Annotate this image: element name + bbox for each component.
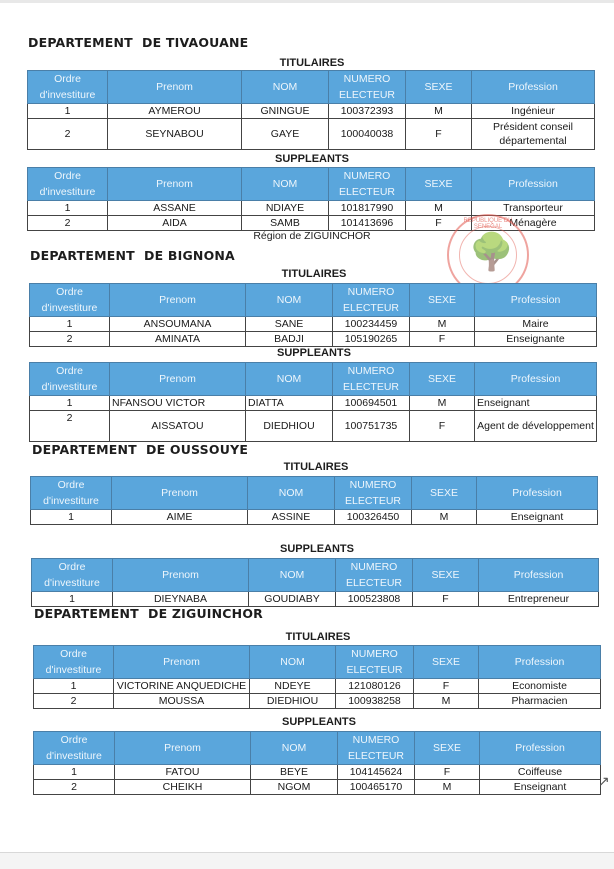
column-header-numero: NUMERO ELECTEUR — [336, 646, 414, 679]
column-header-profession: Profession — [472, 168, 595, 201]
column-header-numero: NUMERO ELECTEUR — [329, 168, 406, 201]
column-header-numero: NUMERO ELECTEUR — [333, 284, 410, 317]
cell-numero: 121080126 — [336, 679, 414, 694]
cell-ordre: 2 — [30, 411, 110, 442]
column-header-ordre: Ordre d'investiture — [30, 284, 110, 317]
cell-sexe: F — [415, 765, 480, 780]
suppleants-table-oussouye: Ordre d'investiture Prenom NOM NUMERO EL… — [31, 558, 599, 607]
titulaires-table-ziguinchor: Ordre d'investiture Prenom NOM NUMERO EL… — [33, 645, 601, 709]
table-row: 1 VICTORINE ANQUEDICHE NDEYE 121080126 F… — [34, 679, 601, 694]
cell-sexe: F — [414, 679, 479, 694]
table-row: 1 NFANSOU VICTOR DIATTA 100694501 M Ense… — [30, 396, 597, 411]
cell-nom: SAMB — [242, 216, 329, 231]
table-row: 2 AMINATA BADJI 105190265 F Enseignante — [30, 332, 597, 347]
column-header-numero: NUMERO ELECTEUR — [338, 732, 415, 765]
table-row: 1 AYMEROU GNINGUE 100372393 M Ingénieur — [28, 104, 595, 119]
column-header-numero: NUMERO ELECTEUR — [335, 477, 412, 510]
cell-numero: 100465170 — [338, 780, 415, 795]
cell-numero: 105190265 — [333, 332, 410, 347]
cell-sexe: M — [406, 104, 472, 119]
titulaires-label-ziguinchor: TITULAIRES — [243, 631, 393, 643]
table-row: 2 AISSATOU DIEDHIOU 100751735 F Agent de… — [30, 411, 597, 442]
cell-numero: 100372393 — [329, 104, 406, 119]
cell-nom: ASSINE — [248, 510, 335, 525]
column-header-prenom: Prenom — [108, 168, 242, 201]
column-header-ordre: Ordre d'investiture — [28, 71, 108, 104]
table-row: 1 ANSOUMANA SANE 100234459 M Maire — [30, 317, 597, 332]
column-header-profession: Profession — [479, 559, 599, 592]
cell-prenom: MOUSSA — [114, 694, 250, 709]
cell-numero: 100938258 — [336, 694, 414, 709]
cell-prenom: ANSOUMANA — [110, 317, 246, 332]
cell-numero: 100751735 — [333, 411, 410, 442]
cell-profession: Coiffeuse — [480, 765, 601, 780]
cell-sexe: M — [414, 694, 479, 709]
cell-ordre: 1 — [32, 592, 113, 607]
cell-ordre: 1 — [31, 510, 112, 525]
table-row: 2 MOUSSA DIEDHIOU 100938258 M Pharmacien — [34, 694, 601, 709]
cell-ordre: 2 — [30, 332, 110, 347]
cell-numero: 100234459 — [333, 317, 410, 332]
cell-sexe: M — [406, 201, 472, 216]
table-row: 1 DIEYNABA GOUDIABY 100523808 F Entrepre… — [32, 592, 599, 607]
table-header-row: Ordre d'investiture Prenom NOM NUMERO EL… — [32, 559, 599, 592]
table-header-row: Ordre d'investiture Prenom NOM NUMERO EL… — [31, 477, 598, 510]
column-header-profession: Profession — [480, 732, 601, 765]
column-header-prenom: Prenom — [112, 477, 248, 510]
cell-profession: Ingénieur — [472, 104, 595, 119]
column-header-numero: NUMERO ELECTEUR — [329, 71, 406, 104]
suppleants-label-ziguinchor: SUPPLEANTS — [244, 716, 394, 728]
cell-ordre: 1 — [34, 765, 115, 780]
cell-sexe: M — [412, 510, 477, 525]
titulaires-table-tivaouane: Ordre d'investiture Prenom NOM NUMERO EL… — [27, 70, 595, 150]
titulaires-label-tivaouane: TITULAIRES — [237, 57, 387, 69]
cell-numero: 100694501 — [333, 396, 410, 411]
cell-sexe: M — [410, 317, 475, 332]
cell-prenom: AISSATOU — [110, 411, 246, 442]
suppleants-table-ziguinchor: Ordre d'investiture Prenom NOM NUMERO EL… — [33, 731, 601, 795]
titulaires-table-oussouye: Ordre d'investiture Prenom NOM NUMERO EL… — [30, 476, 598, 525]
cell-sexe: F — [410, 332, 475, 347]
column-header-ordre: Ordre d'investiture — [32, 559, 113, 592]
department-title-bignona: DEPARTEMENT DE BIGNONA — [30, 248, 235, 263]
table-header-row: Ordre d'investiture Prenom NOM NUMERO EL… — [34, 646, 601, 679]
cell-prenom: DIEYNABA — [113, 592, 249, 607]
column-header-prenom: Prenom — [113, 559, 249, 592]
cell-prenom: AMINATA — [110, 332, 246, 347]
cell-sexe: F — [413, 592, 479, 607]
titulaires-table-bignona: Ordre d'investiture Prenom NOM NUMERO EL… — [29, 283, 597, 347]
suppleants-label-tivaouane: SUPPLEANTS — [237, 153, 387, 165]
cell-numero: 100040038 — [329, 119, 406, 150]
initials-mark-icon: ↗ — [598, 773, 610, 790]
cell-numero: 104145624 — [338, 765, 415, 780]
cell-nom: NGOM — [251, 780, 338, 795]
cell-profession: Enseignant — [477, 510, 598, 525]
table-row: 2 SEYNABOU GAYE 100040038 F Président co… — [28, 119, 595, 150]
cell-nom: BEYE — [251, 765, 338, 780]
cell-profession: Pharmacien — [479, 694, 601, 709]
column-header-nom: NOM — [249, 559, 336, 592]
cell-ordre: 1 — [28, 104, 108, 119]
table-header-row: Ordre d'investiture Prenom NOM NUMERO EL… — [30, 284, 597, 317]
baobab-tree-icon: 🌳 — [469, 232, 514, 272]
column-header-ordre: Ordre d'investiture — [30, 363, 110, 396]
column-header-sexe: SEXE — [410, 284, 475, 317]
cell-numero: 100326450 — [335, 510, 412, 525]
cell-nom: NDIAYE — [242, 201, 329, 216]
cell-nom: BADJI — [246, 332, 333, 347]
column-header-profession: Profession — [479, 646, 601, 679]
column-header-numero: NUMERO ELECTEUR — [333, 363, 410, 396]
cell-ordre: 1 — [34, 679, 114, 694]
cell-prenom: AYMEROU — [108, 104, 242, 119]
cell-sexe: F — [406, 119, 472, 150]
cell-sexe: F — [410, 411, 475, 442]
suppleants-table-bignona: Ordre d'investiture Prenom NOM NUMERO EL… — [29, 362, 597, 442]
column-header-ordre: Ordre d'investiture — [34, 732, 115, 765]
column-header-profession: Profession — [475, 363, 597, 396]
department-title-ziguinchor: DEPARTEMENT DE ZIGUINCHOR — [34, 606, 263, 621]
cell-ordre: 2 — [28, 119, 108, 150]
cell-profession: Economiste — [479, 679, 601, 694]
cell-prenom: FATOU — [115, 765, 251, 780]
cell-prenom: AIME — [112, 510, 248, 525]
table-row: 1 FATOU BEYE 104145624 F Coiffeuse — [34, 765, 601, 780]
cell-nom: SANE — [246, 317, 333, 332]
cell-profession: Entrepreneur — [479, 592, 599, 607]
cell-prenom: AIDA — [108, 216, 242, 231]
cell-nom: GAYE — [242, 119, 329, 150]
table-header-row: Ordre d'investiture Prenom NOM NUMERO EL… — [30, 363, 597, 396]
cell-nom: NDEYE — [250, 679, 336, 694]
table-header-row: Ordre d'investiture Prenom NOM NUMERO EL… — [28, 168, 595, 201]
column-header-prenom: Prenom — [114, 646, 250, 679]
department-title-oussouye: DEPARTEMENT DE OUSSOUYE — [32, 442, 248, 457]
column-header-prenom: Prenom — [110, 363, 246, 396]
column-header-nom: NOM — [248, 477, 335, 510]
cell-numero: 101413696 — [329, 216, 406, 231]
column-header-sexe: SEXE — [406, 168, 472, 201]
page-bottom-edge — [0, 852, 614, 869]
cell-ordre: 1 — [30, 396, 110, 411]
cell-profession: Président conseil départemental — [472, 119, 595, 150]
column-header-sexe: SEXE — [414, 646, 479, 679]
column-header-sexe: SEXE — [415, 732, 480, 765]
cell-nom: GNINGUE — [242, 104, 329, 119]
column-header-nom: NOM — [246, 284, 333, 317]
titulaires-label-bignona: TITULAIRES — [239, 268, 389, 280]
table-row: 1 ASSANE NDIAYE 101817990 M Transporteur — [28, 201, 595, 216]
cell-sexe: M — [410, 396, 475, 411]
cell-prenom: SEYNABOU — [108, 119, 242, 150]
cell-prenom: NFANSOU VICTOR — [110, 396, 246, 411]
cell-profession: Enseignant — [475, 396, 597, 411]
cell-numero: 100523808 — [336, 592, 413, 607]
table-header-row: Ordre d'investiture Prenom NOM NUMERO EL… — [34, 732, 601, 765]
table-row: 1 AIME ASSINE 100326450 M Enseignant — [31, 510, 598, 525]
cell-profession: Maire — [475, 317, 597, 332]
cell-ordre: 1 — [28, 201, 108, 216]
column-header-nom: NOM — [250, 646, 336, 679]
cell-profession: Enseignante — [475, 332, 597, 347]
column-header-profession: Profession — [472, 71, 595, 104]
column-header-nom: NOM — [242, 71, 329, 104]
suppleants-label-bignona: SUPPLEANTS — [239, 347, 389, 359]
page-top-edge — [0, 0, 614, 3]
cell-nom: DIATTA — [246, 396, 333, 411]
cell-ordre: 2 — [34, 694, 114, 709]
cell-prenom: VICTORINE ANQUEDICHE — [114, 679, 250, 694]
cell-prenom: ASSANE — [108, 201, 242, 216]
cell-ordre: 2 — [28, 216, 108, 231]
column-header-ordre: Ordre d'investiture — [31, 477, 112, 510]
cell-nom: DIEDHIOU — [250, 694, 336, 709]
department-title-tivaouane: DEPARTEMENT DE TIVAOUANE — [28, 35, 248, 50]
cell-nom: DIEDHIOU — [246, 411, 333, 442]
column-header-profession: Profession — [477, 477, 598, 510]
column-header-sexe: SEXE — [410, 363, 475, 396]
column-header-numero: NUMERO ELECTEUR — [336, 559, 413, 592]
column-header-ordre: Ordre d'investiture — [28, 168, 108, 201]
cell-sexe: M — [415, 780, 480, 795]
cell-ordre: 2 — [34, 780, 115, 795]
column-header-nom: NOM — [246, 363, 333, 396]
column-header-prenom: Prenom — [115, 732, 251, 765]
column-header-sexe: SEXE — [412, 477, 477, 510]
cell-ordre: 1 — [30, 317, 110, 332]
column-header-prenom: Prenom — [108, 71, 242, 104]
suppleants-label-oussouye: SUPPLEANTS — [242, 543, 392, 555]
column-header-nom: NOM — [251, 732, 338, 765]
cell-profession: Enseignant — [480, 780, 601, 795]
column-header-ordre: Ordre d'investiture — [34, 646, 114, 679]
cell-numero: 101817990 — [329, 201, 406, 216]
cell-prenom: CHEIKH — [115, 780, 251, 795]
column-header-sexe: SEXE — [413, 559, 479, 592]
column-header-profession: Profession — [475, 284, 597, 317]
cell-nom: GOUDIABY — [249, 592, 336, 607]
table-row: 2 CHEIKH NGOM 100465170 M Enseignant — [34, 780, 601, 795]
titulaires-label-oussouye: TITULAIRES — [241, 461, 391, 473]
column-header-nom: NOM — [242, 168, 329, 201]
column-header-sexe: SEXE — [406, 71, 472, 104]
cell-profession: Agent de développement — [475, 411, 597, 442]
region-label: Région de ZIGUINCHOR — [222, 230, 402, 242]
table-header-row: Ordre d'investiture Prenom NOM NUMERO EL… — [28, 71, 595, 104]
column-header-prenom: Prenom — [110, 284, 246, 317]
